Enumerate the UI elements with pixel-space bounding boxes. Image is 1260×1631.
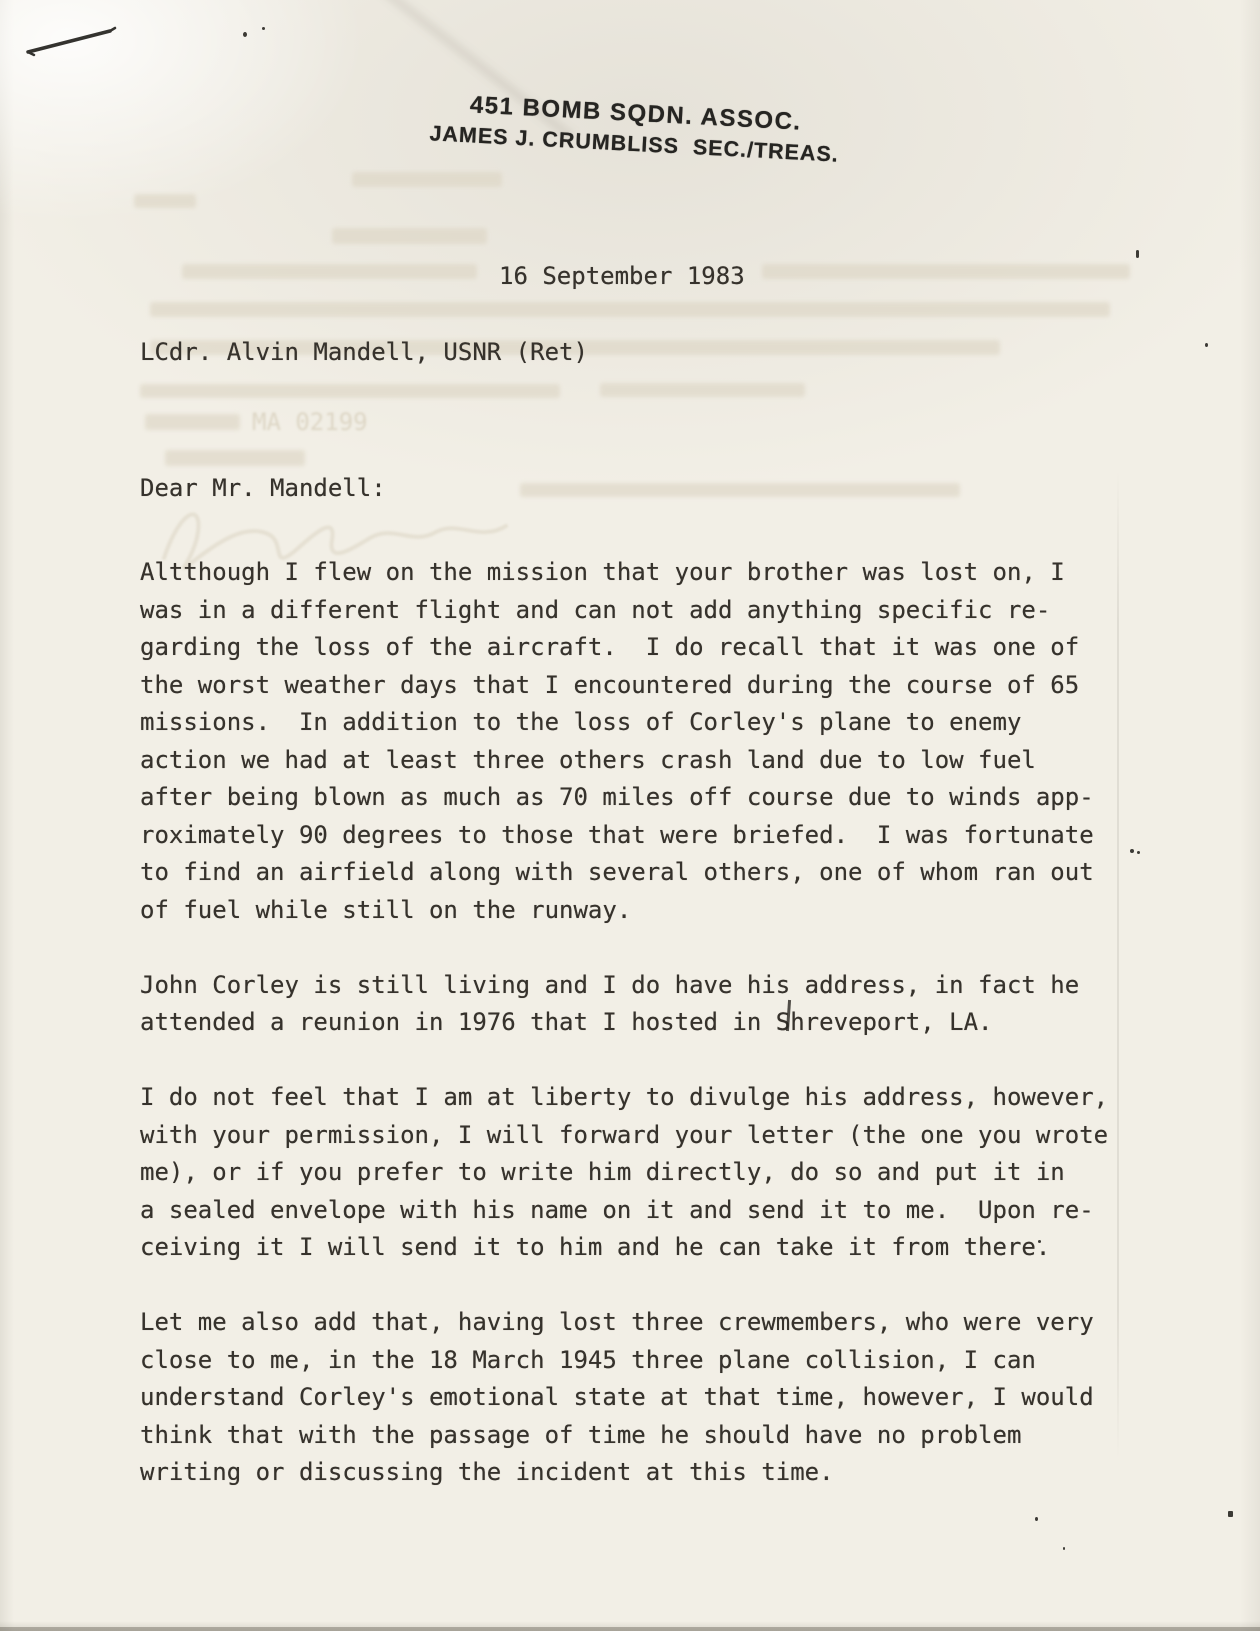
- bleed-through-mark: [600, 383, 805, 397]
- bleed-through-mark: [165, 450, 305, 466]
- bleed-through-text: MA 02199: [252, 408, 368, 436]
- letter-paragraph: Let me also add that, having lost three …: [140, 1304, 1140, 1492]
- recipient-line: LCdr. Alvin Mandell, USNR (Ret): [140, 338, 588, 366]
- letter-paragraph: John Corley is still living and I do hav…: [140, 967, 1140, 1042]
- letterhead-stamp: 451 BOMB SQDN. ASSOC. JAMES J. CRUMBLISS…: [399, 88, 871, 170]
- scan-edge: [0, 1627, 1260, 1631]
- bleed-through-mark: [140, 384, 560, 398]
- bleed-through-mark: [145, 414, 240, 430]
- date-line: 16 September 1983: [499, 262, 745, 290]
- bleed-through-mark: [762, 264, 1130, 279]
- bleed-through-mark: [150, 302, 1110, 317]
- staple-mark: [22, 22, 122, 58]
- paper-speck: [262, 27, 265, 30]
- salutation-line: Dear Mr. Mandell:: [140, 474, 386, 502]
- bleed-through-mark: [182, 264, 477, 279]
- paper-speck: [243, 32, 247, 37]
- letter-paragraph: Altthough I flew on the mission that you…: [140, 554, 1140, 929]
- paper-speck: [1205, 343, 1208, 347]
- bleed-through-mark: [352, 172, 502, 187]
- letter-paragraph: I do not feel that I am at liberty to di…: [140, 1079, 1140, 1267]
- paper-speck: [1228, 1511, 1233, 1517]
- scanned-letter-page: MA 02199 451 BOMB SQDN. ASSOC. JAMES J. …: [0, 0, 1260, 1631]
- letter-body: Altthough I flew on the mission that you…: [140, 554, 1140, 1529]
- paper-speck: [1136, 250, 1139, 258]
- bleed-through-mark: [134, 194, 196, 208]
- bleed-through-mark: [332, 228, 487, 244]
- paper-speck: [1063, 1547, 1065, 1550]
- bleed-through-mark: [520, 483, 960, 497]
